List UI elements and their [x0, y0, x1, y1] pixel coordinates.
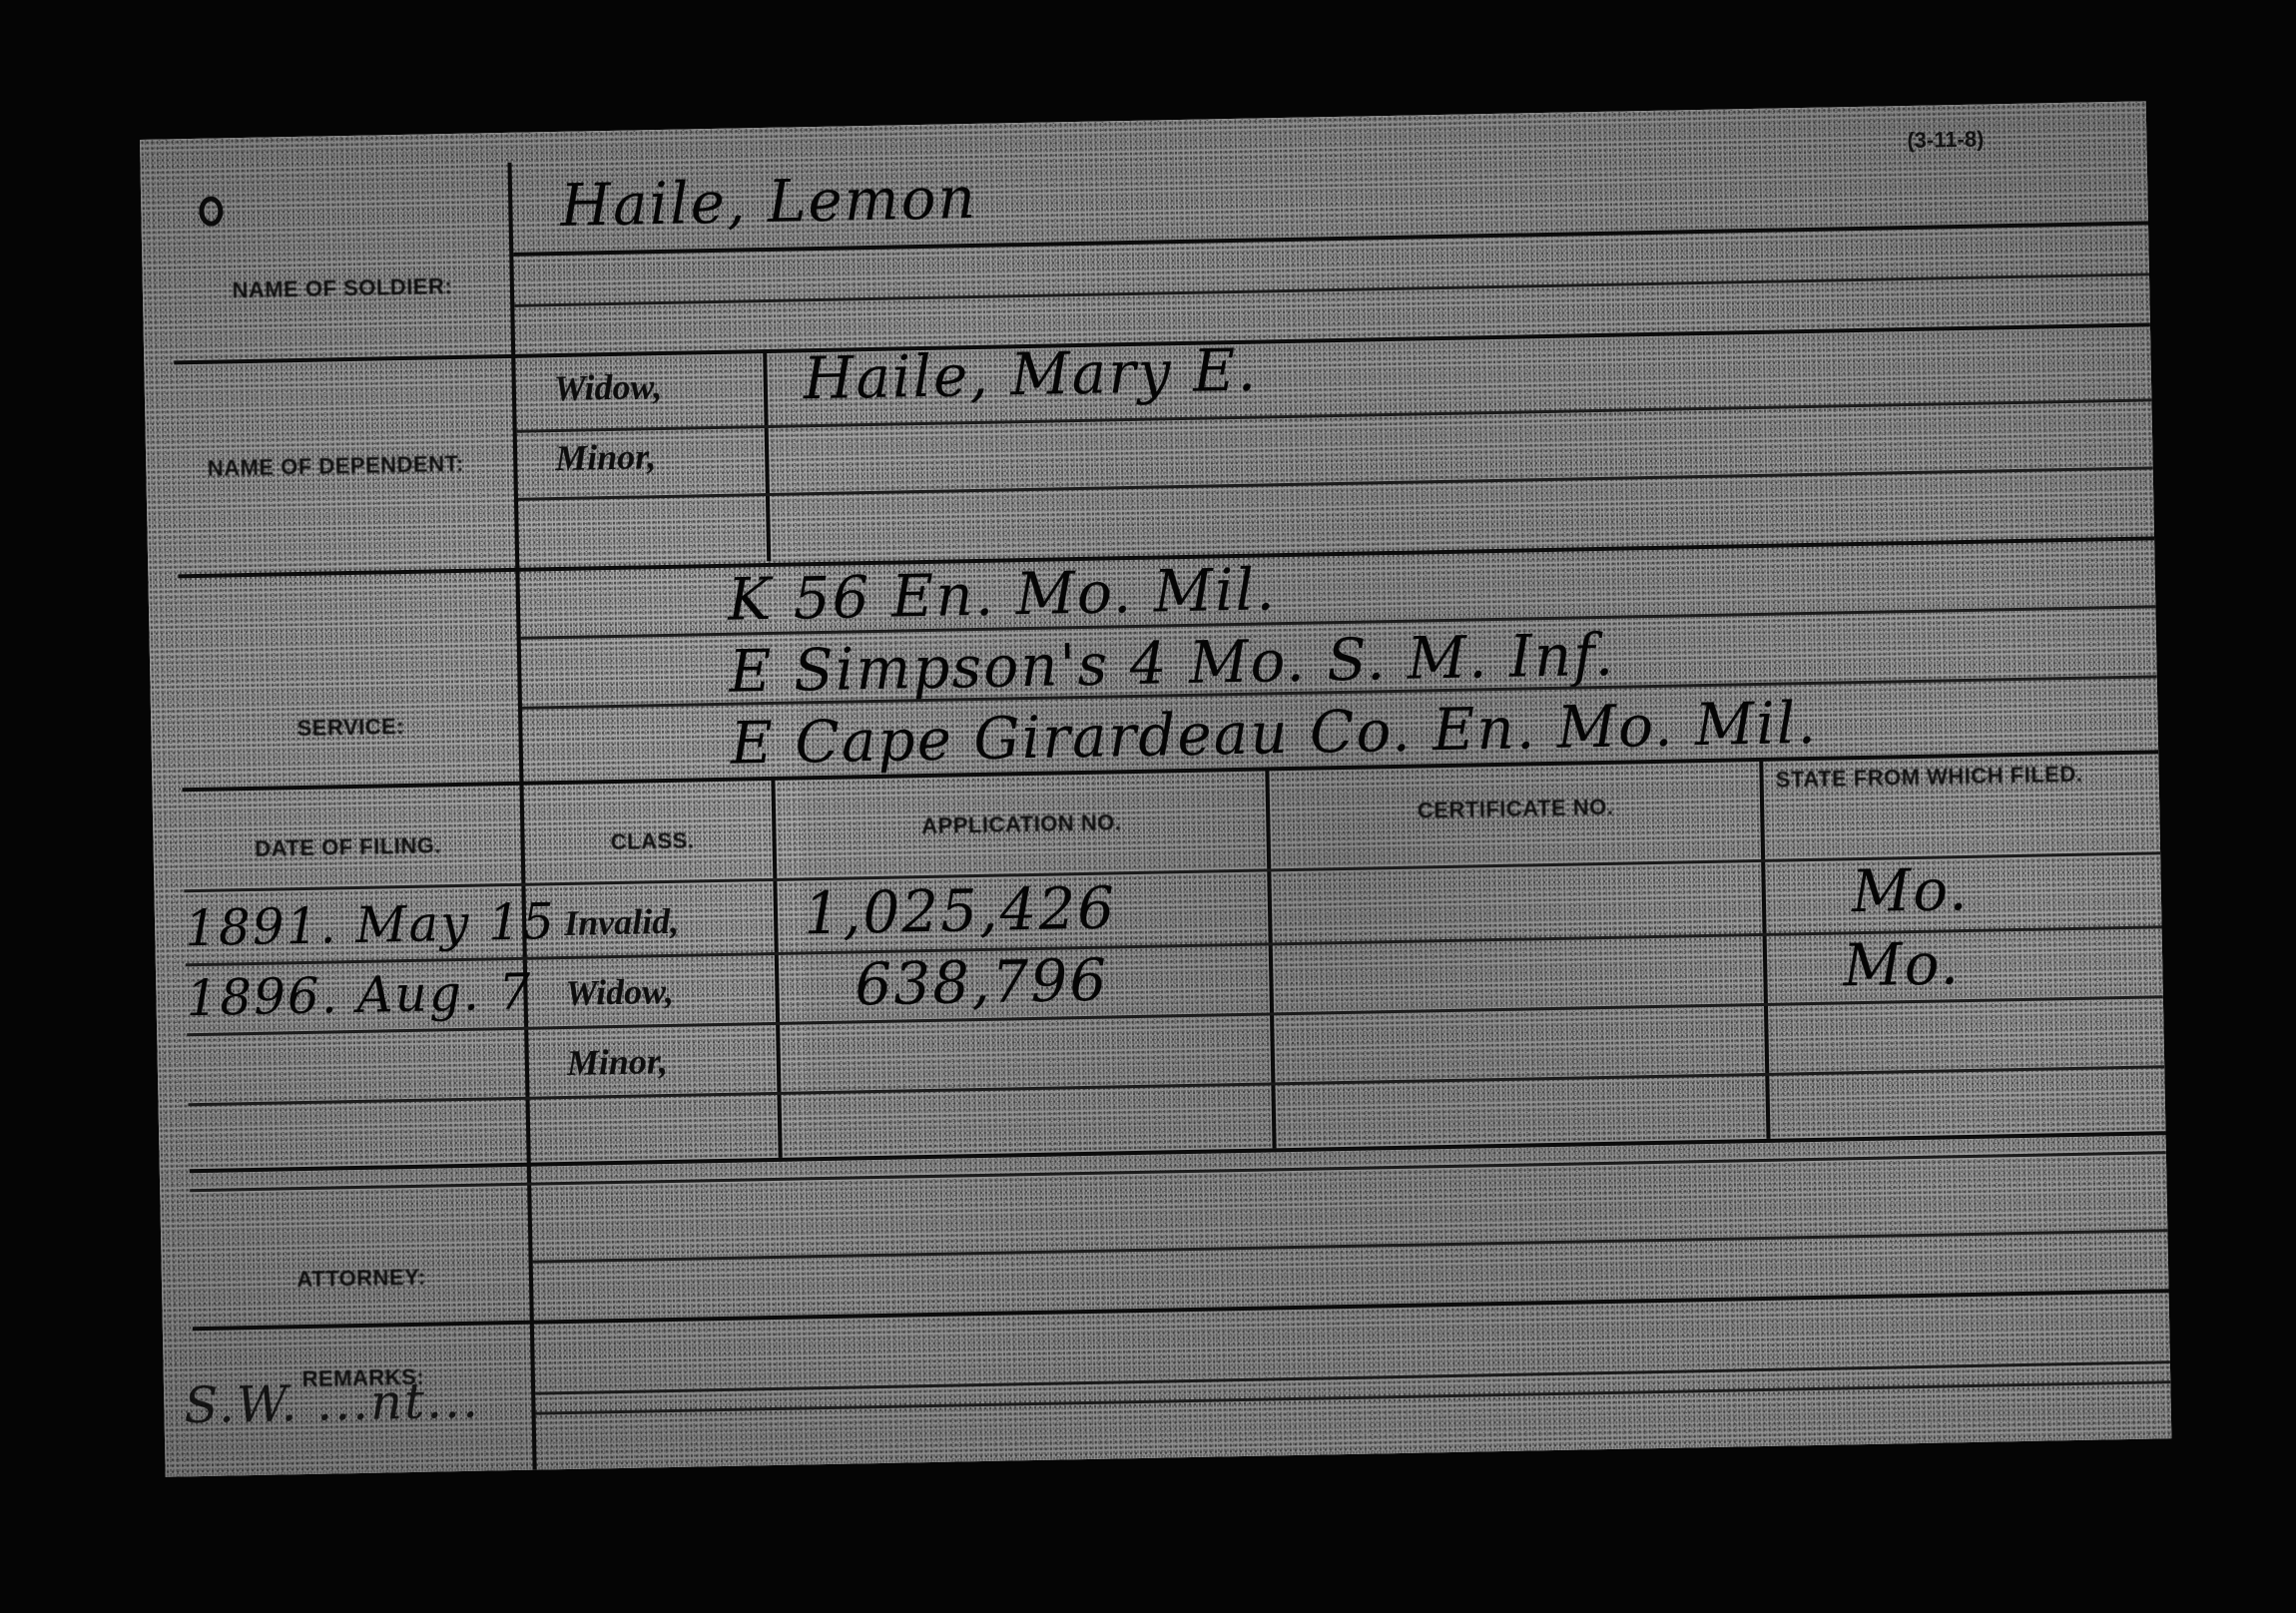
state-filed-2: Mo.	[1843, 929, 1962, 999]
minor-label: Minor,	[555, 435, 657, 479]
service-line-1: K 56 En. Mo. Mil.	[727, 555, 1277, 634]
rule	[193, 1289, 2169, 1331]
state-filed-1: Mo.	[1851, 855, 1970, 925]
rule	[190, 1151, 2166, 1192]
rule	[514, 272, 2151, 306]
label-column-divider	[508, 163, 537, 1470]
class-minor: Minor,	[566, 1040, 668, 1084]
dependent-divider	[763, 351, 771, 561]
pension-index-card: (3-11-8) NAME OF SOLDIER: Haile, Lemon N…	[140, 101, 2171, 1476]
certificate-header: CERTIFICATE NO.	[1276, 792, 1755, 826]
punch-hole-icon	[199, 196, 224, 226]
certificate-divider	[1759, 760, 1770, 1139]
widow-label: Widow,	[553, 365, 662, 409]
application-number-2: 638,796	[855, 946, 1109, 1019]
class-divider	[771, 779, 782, 1158]
attorney-label: ATTORNEY:	[222, 1263, 501, 1294]
rule	[518, 466, 2155, 500]
class-header: CLASS.	[532, 826, 772, 857]
application-divider	[1265, 769, 1276, 1148]
rule	[536, 1380, 2172, 1414]
class-invalid: Invalid,	[564, 900, 680, 944]
remarks-value: S.W. ...nt...	[184, 1371, 481, 1435]
date-header: DATE OF FILING.	[193, 831, 502, 863]
application-number-1: 1,025,426	[803, 873, 1116, 947]
rule	[190, 1131, 2166, 1173]
state-header: STATE FROM WHICH FILED.	[1769, 762, 2088, 794]
rule	[535, 1360, 2171, 1394]
service-line-2: E Simpson's 4 Mo. S. M. Inf.	[729, 621, 1616, 706]
soldier-name: Haile, Lemon	[560, 164, 978, 240]
rule	[533, 1229, 2170, 1263]
service-label: SERVICE:	[211, 712, 490, 743]
widow-name: Haile, Mary E.	[803, 336, 1258, 413]
dependent-label: NAME OF DEPENDENT:	[186, 450, 485, 482]
rule	[189, 1065, 2165, 1106]
class-widow: Widow,	[565, 970, 674, 1014]
rule	[517, 398, 2154, 432]
filing-date-1: 1891. May 15	[185, 892, 557, 957]
soldier-label: NAME OF SOLDIER:	[203, 272, 482, 303]
application-header: APPLICATION NO.	[782, 807, 1261, 842]
filing-date-2: 1896. Aug. 7	[186, 963, 533, 1028]
form-number: (3-11-8)	[1907, 127, 1985, 154]
